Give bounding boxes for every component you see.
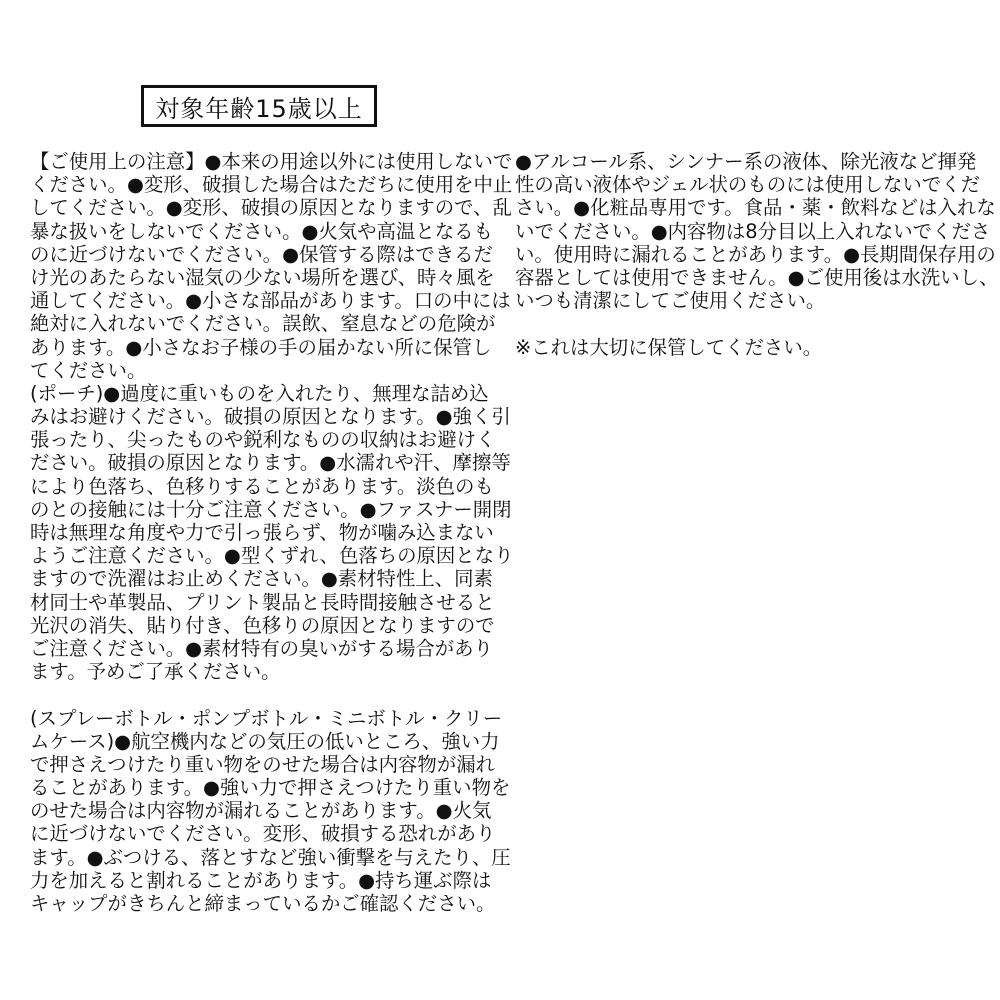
general-notes-section: 【ご使用上の注意】●本来の用途以外には使用しないで ください。●変形、破損した場… xyxy=(30,150,510,382)
text-line: に近づけないでください。変形、破損する恐れがあり xyxy=(30,822,510,845)
age-restriction-label: 対象年齢15歳以上 xyxy=(141,85,377,127)
text-line: 力を加えると割れることがあります。●持ち運ぶ際は xyxy=(30,869,510,892)
section-spacer xyxy=(515,312,995,335)
storage-footnote: ※これは大切に保管してください。 xyxy=(515,336,995,359)
text-line: 時は無理な角度や力で引っ張らず、物が噛み込まない xyxy=(30,521,510,544)
text-line: 性の高い液体やジェル状のものには使用しないでくだ xyxy=(515,173,995,196)
text-line: ようご注意ください。●型くずれ、色落ちの原因となり xyxy=(30,544,510,567)
text-line: け光のあたらない湿気の少ない場所を選び、時々風を xyxy=(30,266,510,289)
left-column: 【ご使用上の注意】●本来の用途以外には使用しないで ください。●変形、破損した場… xyxy=(30,150,510,915)
section-spacer xyxy=(30,683,510,706)
text-line: あります。●小さなお子様の手の届かない所に保管し xyxy=(30,336,510,359)
text-line: ます。●ぶつける、落とすなど強い衝撃を与えたり、圧 xyxy=(30,846,510,869)
text-line: により色落ち、色移りすることがあります。淡色のも xyxy=(30,475,510,498)
text-line: 材同士や革製品、プリント製品と長時間接触させると xyxy=(30,591,510,614)
text-line: 光沢の消失、貼り付き、色移りの原因となりますので xyxy=(30,614,510,637)
text-line: いでください。●内容物は8分目以上入れないでくださ xyxy=(515,220,995,243)
container-notes-section: ●アルコール系、シンナー系の液体、除光液など揮発 性の高い液体やジェル状のものに… xyxy=(515,150,995,312)
text-line: ご注意ください。●素材特有の臭いがする場合があり xyxy=(30,637,510,660)
text-line: ださい。破損の原因となります。●水濡れや汗、摩擦等 xyxy=(30,451,510,474)
text-line: いつも清潔にしてご使用ください。 xyxy=(515,289,995,312)
text-line: のせた場合は内容物が漏れることがあります。●火気 xyxy=(30,799,510,822)
text-line: さい。●化粧品専用です。食品・薬・飲料などは入れな xyxy=(515,196,995,219)
text-line: ることがあります。●強い力で押さえつけたり重い物を xyxy=(30,776,510,799)
text-line: (ポーチ)●過度に重いものを入れたり、無理な詰め込 xyxy=(30,382,510,405)
text-line: してください。●変形、破損の原因となりますので、乱 xyxy=(30,196,510,219)
text-line: てください。 xyxy=(30,359,510,382)
text-line: 【ご使用上の注意】●本来の用途以外には使用しないで xyxy=(30,150,510,173)
text-line: ますので洗濯はお止めください。●素材特性上、同素 xyxy=(30,567,510,590)
text-line: ます。予めご了承ください。 xyxy=(30,660,510,683)
text-line: 絶対に入れないでください。誤飲、窒息などの危険が xyxy=(30,312,510,335)
text-line: で押さえつけたり重い物をのせた場合は内容物が漏れ xyxy=(30,753,510,776)
text-line: 容器としては使用できません。●ご使用後は水洗いし、 xyxy=(515,266,995,289)
text-line: ムケース)●航空機内などの気圧の低いところ、強い力 xyxy=(30,730,510,753)
text-line: みはお避けください。破損の原因となります。●強く引 xyxy=(30,405,510,428)
text-line: キャップがきちんと締まっているかご確認ください。 xyxy=(30,892,510,915)
text-line: (スプレーボトル・ポンプボトル・ミニボトル・クリー xyxy=(30,707,510,730)
bottle-notes-section: (スプレーボトル・ポンプボトル・ミニボトル・クリー ムケース)●航空機内などの気… xyxy=(30,707,510,916)
text-line: ●アルコール系、シンナー系の液体、除光液など揮発 xyxy=(515,150,995,173)
text-line: 通してください。●小さな部品があります。口の中には xyxy=(30,289,510,312)
text-line: のに近づけないでください。●保管する際はできるだ xyxy=(30,243,510,266)
age-restriction-text: 対象年齢15歳以上 xyxy=(155,89,363,124)
right-column: ●アルコール系、シンナー系の液体、除光液など揮発 性の高い液体やジェル状のものに… xyxy=(515,150,995,359)
text-line: ください。●変形、破損した場合はただちに使用を中止 xyxy=(30,173,510,196)
text-line: 暴な扱いをしないでください。●火気や高温となるも xyxy=(30,220,510,243)
text-line: 張ったり、尖ったものや鋭利なものの収納はお避けく xyxy=(30,428,510,451)
text-line: のとの接触には十分ご注意ください。●ファスナー開閉 xyxy=(30,498,510,521)
text-line: い。使用時に漏れることがあります。●長期間保存用の xyxy=(515,243,995,266)
pouch-notes-section: (ポーチ)●過度に重いものを入れたり、無理な詰め込 みはお避けください。破損の原… xyxy=(30,382,510,683)
